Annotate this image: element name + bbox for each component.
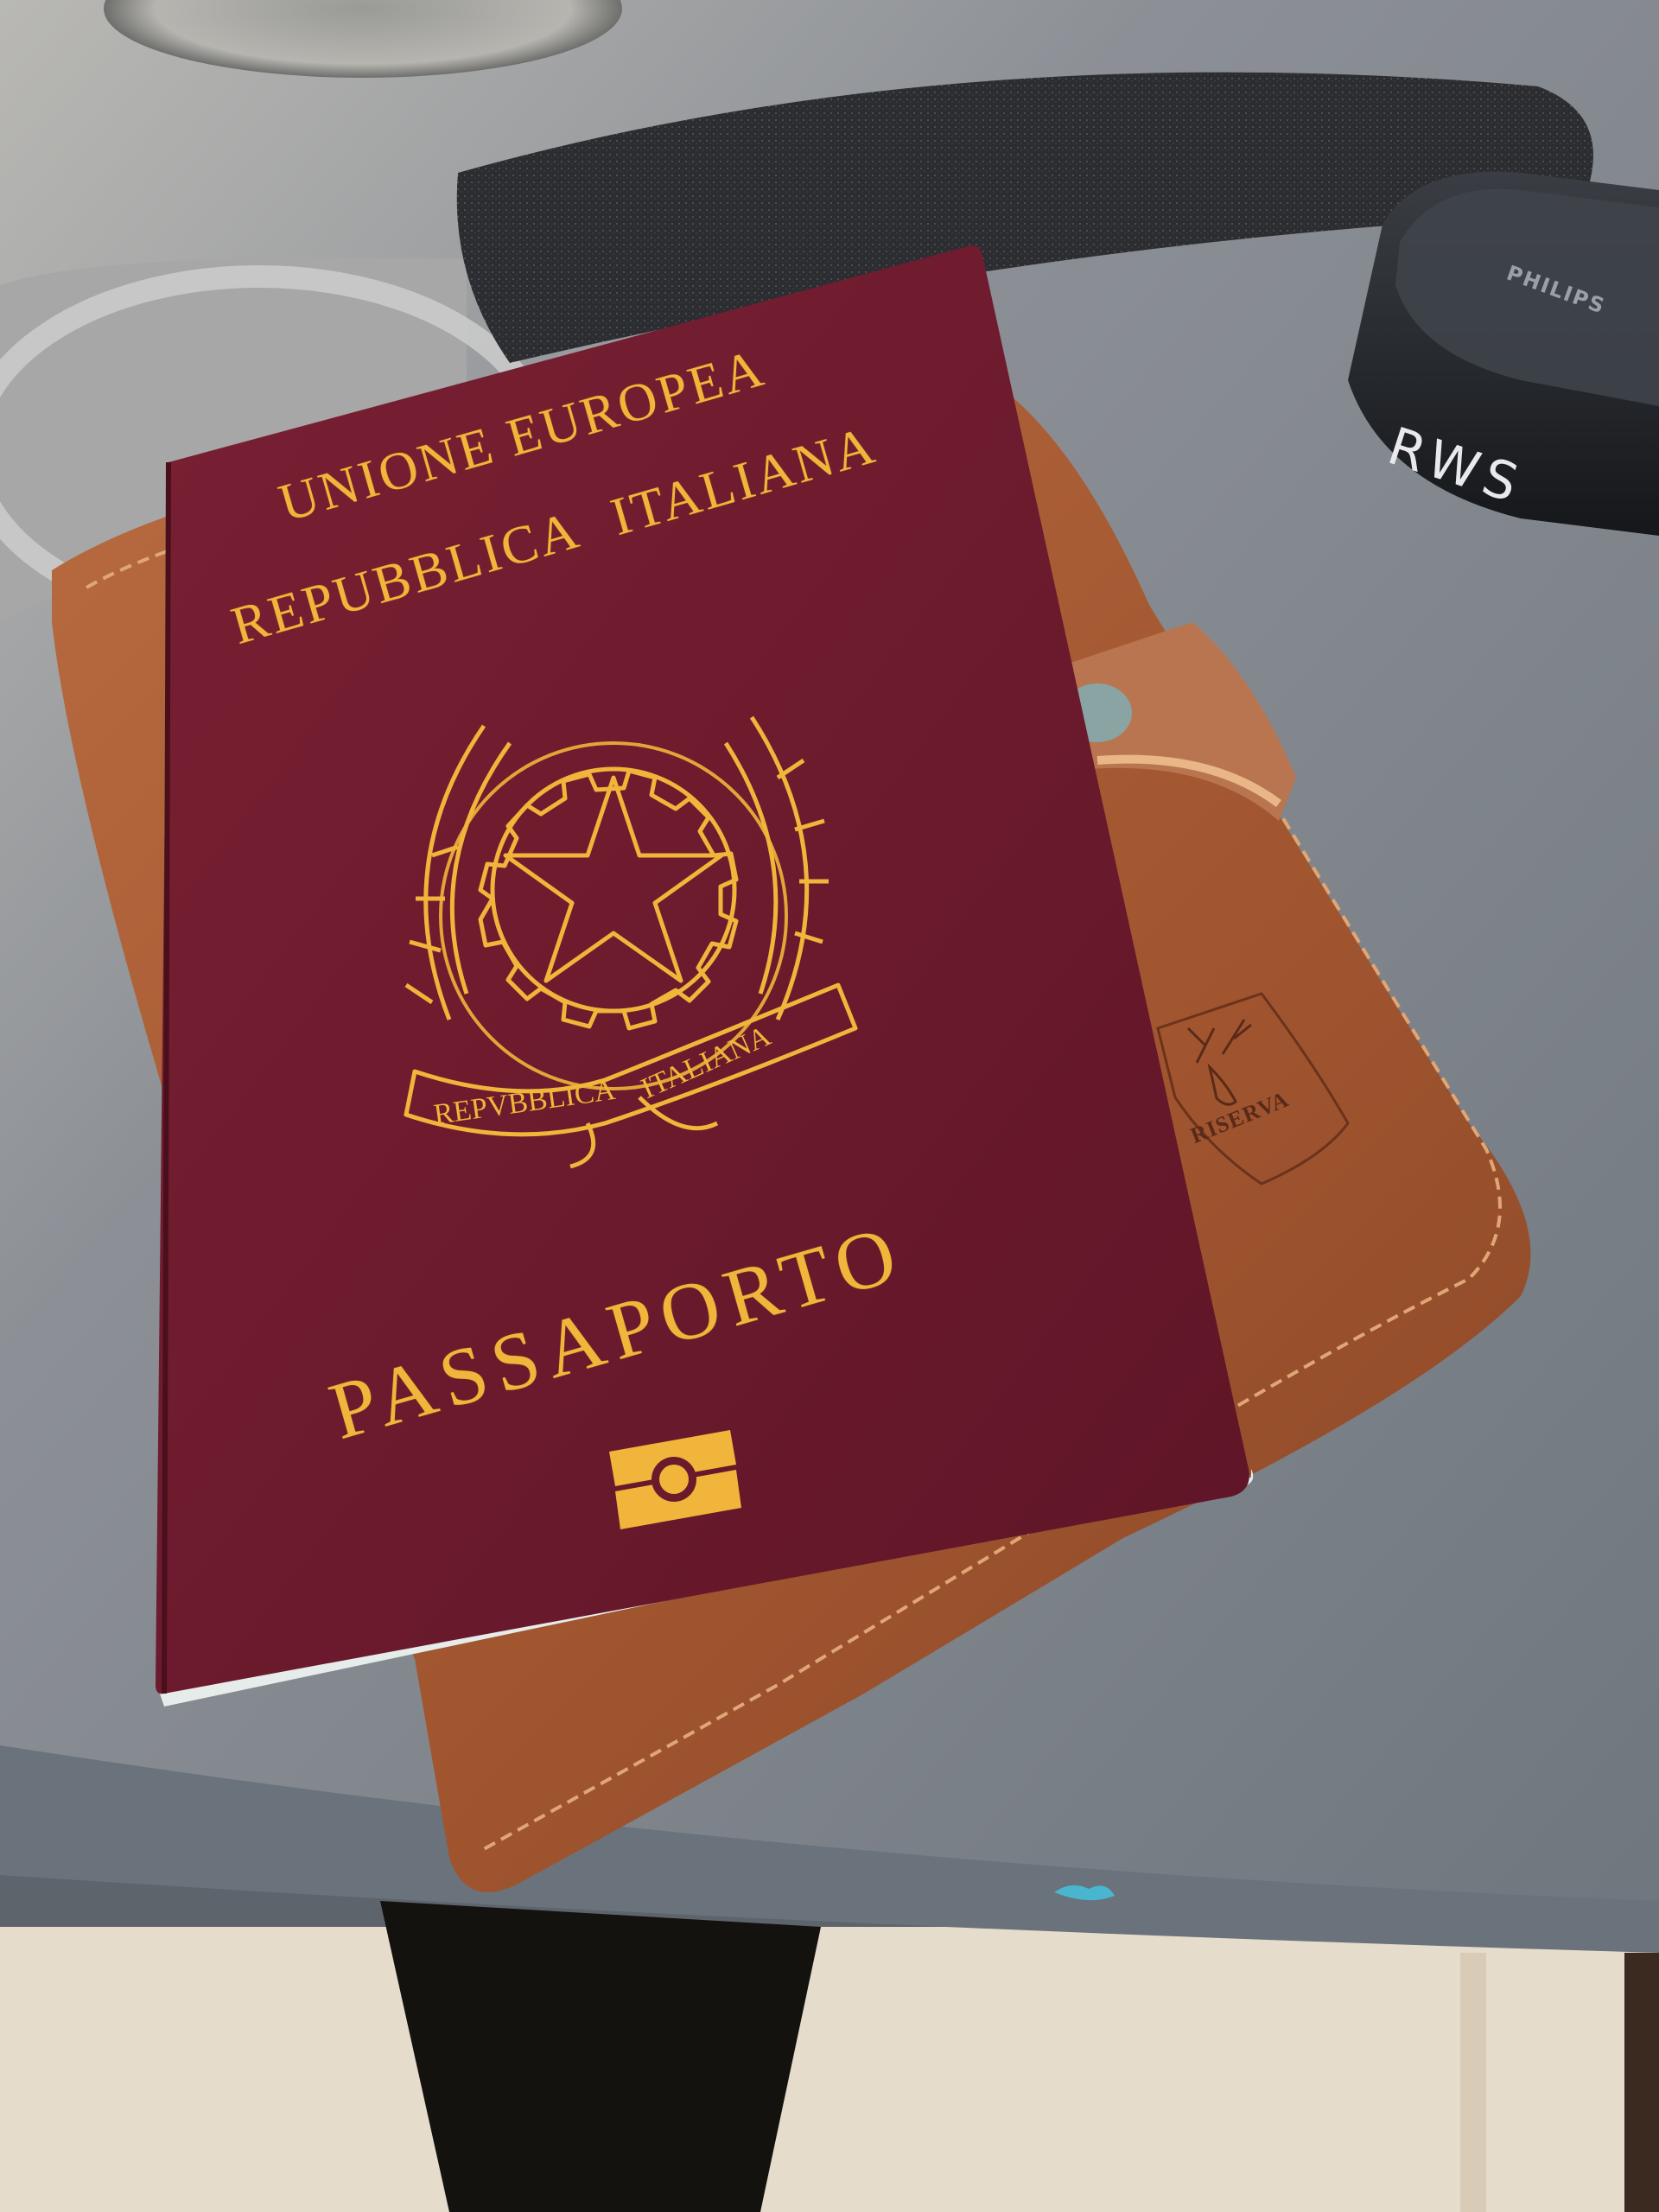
gap-shadow: [380, 1901, 821, 2212]
photo-scene: UNIONE EUROPEA REPUBBLICA ITALIANA REPVB…: [0, 0, 1659, 2212]
scene-graphics: [0, 0, 1659, 2212]
lap-trousers: [0, 1927, 1659, 2212]
